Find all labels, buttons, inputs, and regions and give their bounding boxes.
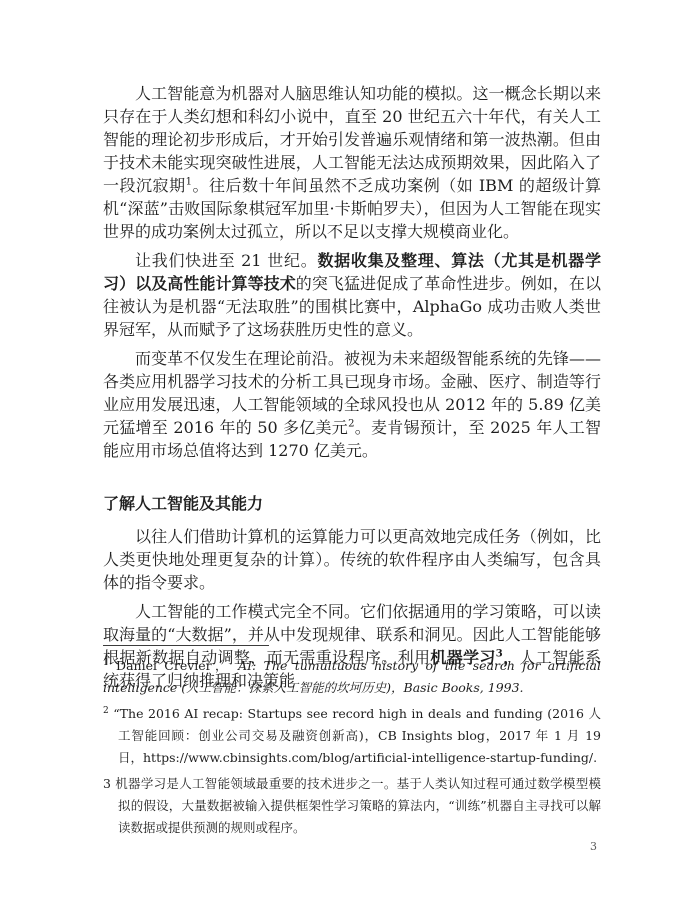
section-heading-understanding-ai: 了解人工智能及其能力 [103,492,601,515]
footnote-3: 3机器学习是人工智能领域最重要的技术进步之一。基于人类认知过程可通过数学模型模拟… [103,773,601,839]
footnote-1: 1 Daniel Crevier， AI: The tumultuous his… [103,655,601,699]
body-content: 人工智能意为机器对人脑思维认知功能的模拟。这一概念长期以来只存在于人类幻想和科幻… [103,82,601,698]
footnote-separator-line [103,645,269,646]
paragraph-market-growth: 而变革不仅发生在理论前沿。被视为未来超级智能系统的先锋——各类应用机器学习技术的… [103,347,601,462]
footnote-1-author: Daniel Crevier， [116,658,231,673]
paragraph-21st-century: 让我们快进至 21 世纪。数据收集及整理、算法（尤其是机器学习）以及高性能计算等… [103,249,601,341]
page-number: 3 [590,840,597,853]
paragraph-text: 以往人们借助计算机的运算能力可以更高效地完成任务（例如，比人类更快地处理更复杂的… [103,527,601,592]
paragraph-ai-concept-history: 人工智能意为机器对人脑思维认知功能的模拟。这一概念长期以来只存在于人类幻想和科幻… [103,82,601,243]
paragraph-traditional-software: 以往人们借助计算机的运算能力可以更高效地完成任务（例如，比人类更快地处理更复杂的… [103,525,601,594]
document-page: 人工智能意为机器对人脑思维认知功能的模拟。这一概念长期以来只存在于人类幻想和科幻… [0,0,700,905]
footnote-3-marker: 3 [103,776,111,791]
paragraph-text: 让我们快进至 21 世纪。 [135,251,317,270]
footnotes-section: 1 Daniel Crevier， AI: The tumultuous his… [103,645,601,843]
footnote-2: 2 “The 2016 AI recap: Startups see recor… [103,703,601,769]
footnote-1-marker: 1 [103,658,109,668]
footnote-2-marker: 2 [103,706,109,716]
footnote-2-text: “The 2016 AI recap: Startups see record … [113,706,601,765]
footnote-3-text: 机器学习是人工智能领域最重要的技术进步之一。基于人类认知过程可通过数学模型模拟的… [115,776,601,835]
